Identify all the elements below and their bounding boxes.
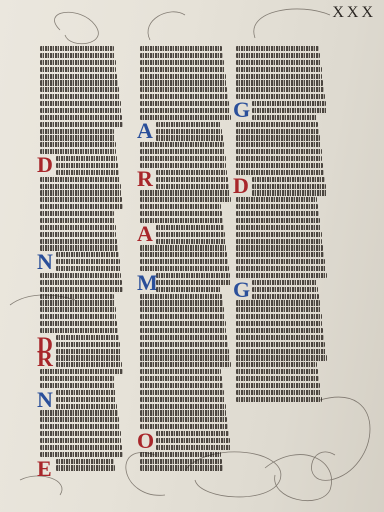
text-line <box>140 190 232 195</box>
text-line <box>236 245 328 250</box>
text-line <box>140 452 232 457</box>
text-line <box>140 438 232 443</box>
text-line <box>140 383 232 388</box>
text-line <box>140 410 232 415</box>
text-line <box>40 410 124 415</box>
text-line <box>236 266 328 271</box>
text-line <box>140 355 232 360</box>
text-line <box>236 307 328 312</box>
text-line <box>40 417 124 422</box>
text-line <box>140 294 232 299</box>
text-line <box>236 204 328 209</box>
text-line <box>40 60 124 65</box>
text-line <box>140 149 232 154</box>
text-line <box>140 197 232 202</box>
text-line <box>236 149 328 154</box>
text-line <box>140 239 232 244</box>
text-line <box>40 197 124 202</box>
text-line <box>140 232 232 237</box>
text-line <box>236 190 328 195</box>
text-line <box>40 362 124 367</box>
text-line <box>40 452 124 457</box>
text-line <box>140 287 232 292</box>
text-line <box>40 397 124 402</box>
text-line <box>140 362 232 367</box>
text-line <box>140 321 232 326</box>
text-line <box>236 287 328 292</box>
text-line <box>236 218 328 223</box>
text-line <box>40 129 124 134</box>
text-line <box>140 445 232 450</box>
text-line <box>40 314 124 319</box>
text-line <box>40 438 124 443</box>
text-line <box>236 60 328 65</box>
text-line <box>140 87 232 92</box>
text-line <box>236 197 328 202</box>
text-line <box>40 53 124 58</box>
text-line <box>140 129 232 134</box>
text-line <box>140 300 232 305</box>
text-line <box>236 170 328 175</box>
text-line <box>40 170 124 175</box>
text-line <box>40 266 124 271</box>
text-line <box>140 53 232 58</box>
text-line <box>140 417 232 422</box>
text-line <box>236 184 328 189</box>
text-line <box>140 314 232 319</box>
text-line <box>140 170 232 175</box>
text-line <box>40 376 124 381</box>
text-line <box>40 135 124 140</box>
text-line <box>140 156 232 161</box>
text-line <box>40 74 124 79</box>
text-line <box>140 307 232 312</box>
text-line <box>236 300 328 305</box>
text-line <box>236 342 328 347</box>
text-line <box>236 376 328 381</box>
text-line <box>40 218 124 223</box>
text-line <box>236 80 328 85</box>
text-line <box>236 211 328 216</box>
text-line <box>236 129 328 134</box>
text-line <box>236 390 328 395</box>
text-line <box>236 369 328 374</box>
text-line <box>140 204 232 209</box>
text-line <box>140 211 232 216</box>
text-line <box>40 142 124 147</box>
text-line <box>236 328 328 333</box>
text-line <box>236 383 328 388</box>
text-line <box>40 294 124 299</box>
text-line <box>140 259 232 264</box>
text-line <box>40 232 124 237</box>
text-line <box>40 225 124 230</box>
text-line <box>140 135 232 140</box>
text-line <box>236 177 328 182</box>
text-line <box>140 369 232 374</box>
text-line <box>40 424 124 429</box>
text-line <box>236 232 328 237</box>
text-line <box>140 80 232 85</box>
text-line <box>40 67 124 72</box>
text-line <box>40 287 124 292</box>
text-line <box>40 465 124 470</box>
text-line <box>140 74 232 79</box>
text-line <box>40 184 124 189</box>
text-line <box>40 300 124 305</box>
text-line <box>140 101 232 106</box>
text-line <box>236 252 328 257</box>
text-line <box>40 115 124 120</box>
text-line <box>140 342 232 347</box>
text-line <box>236 362 328 367</box>
text-line <box>236 349 328 354</box>
text-line <box>40 122 124 127</box>
text-line <box>140 67 232 72</box>
text-line <box>140 142 232 147</box>
text-line <box>140 218 232 223</box>
text-line <box>236 67 328 72</box>
text-line <box>140 397 232 402</box>
text-line <box>140 46 232 51</box>
text-line <box>140 177 232 182</box>
text-line <box>236 314 328 319</box>
text-line <box>236 108 328 113</box>
text-line <box>140 122 232 127</box>
text-line <box>40 80 124 85</box>
text-line <box>236 115 328 120</box>
text-line <box>40 431 124 436</box>
text-line <box>236 74 328 79</box>
text-line <box>40 211 124 216</box>
text-line <box>140 252 232 257</box>
text-line <box>236 46 328 51</box>
text-line <box>40 177 124 182</box>
text-line <box>140 60 232 65</box>
text-line <box>40 445 124 450</box>
text-line <box>40 259 124 264</box>
text-line <box>40 307 124 312</box>
text-line <box>236 397 328 402</box>
text-line <box>236 335 328 340</box>
text-line <box>140 328 232 333</box>
text-line <box>140 245 232 250</box>
text-line <box>140 225 232 230</box>
manuscript-page: XXX DNDRNE ARAMO GDG <box>0 0 384 512</box>
text-line <box>140 108 232 113</box>
text-line <box>236 355 328 360</box>
text-line <box>140 404 232 409</box>
text-line <box>40 239 124 244</box>
folio-number: XXX <box>332 4 376 22</box>
text-column-left: DNDRNE <box>40 46 124 472</box>
text-line <box>40 108 124 113</box>
text-line <box>40 280 124 285</box>
text-line <box>40 46 124 51</box>
text-line <box>140 94 232 99</box>
text-line <box>40 94 124 99</box>
text-line <box>140 163 232 168</box>
text-line <box>236 259 328 264</box>
text-line <box>40 321 124 326</box>
text-column-right: GDG <box>236 46 328 404</box>
text-line <box>140 465 232 470</box>
text-line <box>40 190 124 195</box>
text-line <box>40 101 124 106</box>
text-line <box>40 87 124 92</box>
text-line <box>40 204 124 209</box>
text-line <box>140 349 232 354</box>
text-line <box>140 115 232 120</box>
text-line <box>140 280 232 285</box>
text-line <box>236 225 328 230</box>
text-line <box>236 321 328 326</box>
text-line <box>140 459 232 464</box>
text-line <box>40 163 124 168</box>
text-line <box>140 335 232 340</box>
text-line <box>40 369 124 374</box>
text-line <box>236 135 328 140</box>
text-line <box>236 239 328 244</box>
text-line <box>40 459 124 464</box>
text-line <box>40 404 124 409</box>
text-line <box>236 163 328 168</box>
text-line <box>236 122 328 127</box>
text-line <box>236 156 328 161</box>
text-column-middle: ARAMO <box>140 46 232 472</box>
text-line <box>140 184 232 189</box>
text-line <box>40 273 124 278</box>
text-line <box>140 376 232 381</box>
text-line <box>236 53 328 58</box>
text-line <box>236 87 328 92</box>
text-line <box>236 142 328 147</box>
text-line <box>140 390 232 395</box>
text-line <box>40 355 124 360</box>
text-line <box>236 294 328 299</box>
